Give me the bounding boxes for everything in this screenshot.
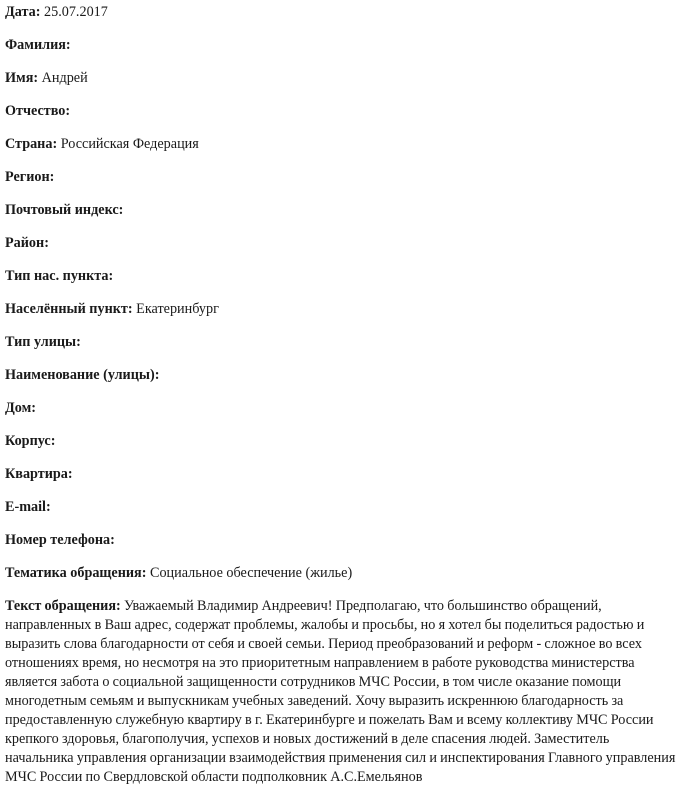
field-street-name: Наименование (улицы): [5, 366, 681, 385]
field-message: Текст обращения: Уважаемый Владимир Андр… [5, 597, 681, 787]
field-street-type: Тип улицы: [5, 333, 681, 352]
message-text: Уважаемый Владимир Андреевич! Предполага… [5, 598, 675, 785]
field-label: Район: [5, 235, 49, 251]
field-label: Наименование (улицы): [5, 367, 159, 383]
field-postal-code: Почтовый индекс: [5, 201, 681, 220]
field-value: Социальное обеспечение (жилье) [150, 565, 352, 581]
field-date: Дата: 25.07.2017 [5, 3, 681, 22]
field-district: Район: [5, 234, 681, 253]
field-value: Российская Федерация [61, 136, 199, 152]
field-label: Тип улицы: [5, 334, 81, 350]
field-building: Корпус: [5, 432, 681, 451]
field-label: Населённый пункт: [5, 301, 133, 317]
field-phone: Номер телефона: [5, 531, 681, 550]
field-label: Корпус: [5, 433, 55, 449]
message-label: Текст обращения: [5, 598, 121, 614]
field-first-name: Имя: Андрей [5, 69, 681, 88]
field-label: Почтовый индекс: [5, 202, 123, 218]
field-country: Страна: Российская Федерация [5, 135, 681, 154]
field-patronymic: Отчество: [5, 102, 681, 121]
field-label: Регион: [5, 169, 54, 185]
field-label: Номер телефона: [5, 532, 115, 548]
field-label: Фамилия: [5, 37, 71, 53]
field-region: Регион: [5, 168, 681, 187]
field-house: Дом: [5, 399, 681, 418]
field-label: Тип нас. пункта: [5, 268, 113, 284]
field-apartment: Квартира: [5, 465, 681, 484]
field-settlement-type: Тип нас. пункта: [5, 267, 681, 286]
field-label: Отчество: [5, 103, 70, 119]
field-value: 25.07.2017 [44, 4, 108, 20]
field-label: Дом: [5, 400, 36, 416]
field-label: E-mail: [5, 499, 51, 515]
field-surname: Фамилия: [5, 36, 681, 55]
field-value: Андрей [42, 70, 88, 86]
field-label: Дата: [5, 4, 40, 20]
field-settlement: Населённый пункт: Екатеринбург [5, 300, 681, 319]
field-label: Имя: [5, 70, 38, 86]
field-label: Тематика обращения: [5, 565, 146, 581]
field-label: Квартира: [5, 466, 73, 482]
field-email: E-mail: [5, 498, 681, 517]
field-topic: Тематика обращения: Социальное обеспечен… [5, 564, 681, 583]
appeal-document: Дата: 25.07.2017 Фамилия: Имя: Андрей От… [0, 0, 686, 787]
field-value: Екатеринбург [136, 301, 219, 317]
field-label: Страна: [5, 136, 57, 152]
